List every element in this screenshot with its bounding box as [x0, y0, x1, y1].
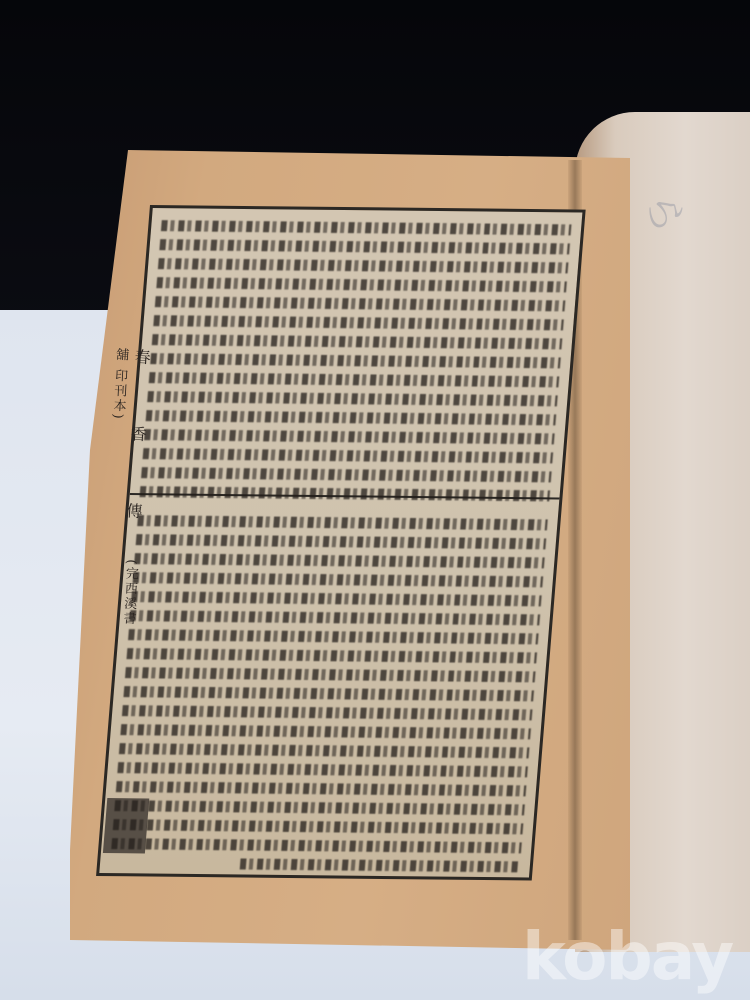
text-line [125, 667, 536, 682]
text-line [120, 724, 531, 739]
text-line [126, 648, 537, 663]
text-line [159, 239, 570, 254]
text-line [144, 429, 555, 444]
text-line [133, 572, 544, 587]
text-line [111, 838, 522, 853]
text-line [156, 277, 567, 292]
text-line [140, 486, 551, 501]
text-line [131, 591, 542, 606]
text-line [153, 315, 564, 330]
text-line [117, 762, 528, 777]
text-line [113, 819, 524, 834]
text-line [130, 610, 541, 625]
watermark-logo: kobay [522, 918, 732, 995]
text-line [137, 515, 548, 530]
text-line [136, 534, 547, 549]
text-line [119, 743, 530, 758]
text-line [152, 334, 563, 349]
text-line [161, 220, 572, 235]
text-line [128, 629, 539, 644]
text-line [150, 353, 561, 368]
text-line [116, 781, 527, 796]
bleed-through-glyph: ら [640, 194, 697, 234]
text-line [123, 686, 534, 701]
text-line [141, 467, 552, 482]
text-line [240, 858, 521, 872]
text-line [114, 800, 525, 815]
text-line [122, 705, 533, 720]
text-line [158, 258, 569, 273]
text-line [134, 553, 545, 568]
text-line [147, 391, 558, 406]
text-line [149, 372, 560, 387]
text-line [146, 410, 557, 425]
text-line [155, 296, 566, 311]
text-line [143, 448, 554, 463]
printed-text-block [96, 205, 586, 881]
